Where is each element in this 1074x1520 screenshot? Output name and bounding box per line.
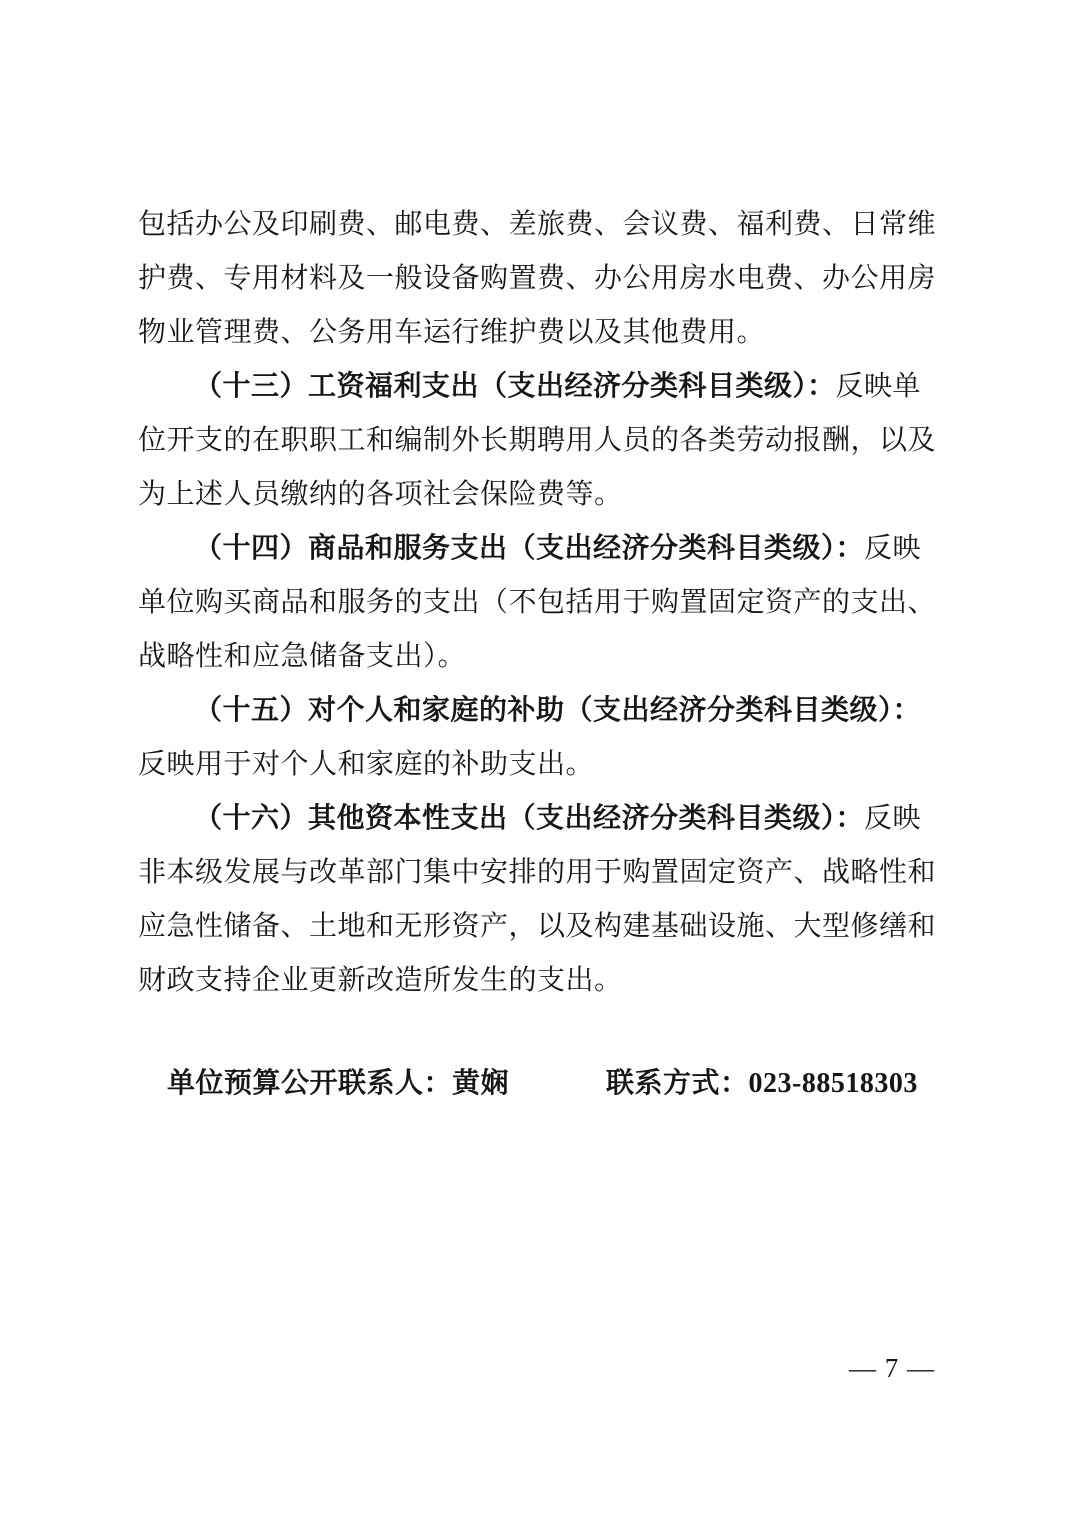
contact-person-label: 单位预算公开联系人：黄娴 [167,1057,509,1111]
text-line: （十四）商品和服务支出（支出经济分类科目类级）：反映 [138,522,938,576]
text-segment: 反映 [864,803,921,834]
document-body: 包括办公及印刷费、邮电费、差旅费、会议费、福利费、日常维护费、专用材料及一般设备… [138,198,938,1008]
bold-text-segment: （十五）对个人和家庭的补助（支出经济分类科目类级）： [194,695,921,726]
para-15-subsidies-individuals-families: （十五）对个人和家庭的补助（支出经济分类科目类级）：反映用于对个人和家庭的补助支… [138,684,938,792]
text-segment: 反映用于对个人和家庭的补助支出。 [138,749,594,780]
text-line: 单位购买商品和服务的支出（不包括用于购置固定资产的支出、 [138,576,938,630]
text-line: 战略性和应急储备支出）。 [138,630,938,684]
text-line: 反映用于对个人和家庭的补助支出。 [138,738,938,792]
text-segment: 为上述人员缴纳的各项社会保险费等。 [138,479,623,510]
page-number: — 7 — [849,1350,935,1386]
document-page: 包括办公及印刷费、邮电费、差旅费、会议费、福利费、日常维护费、专用材料及一般设备… [0,0,1074,1520]
text-segment: 护费、专用材料及一般设备购置费、办公用房水电费、办公用房 [138,263,936,294]
contact-phone-label: 联系方式：023-88518303 [606,1057,918,1111]
bold-text-segment: （十三）工资福利支出（支出经济分类科目类级）： [194,371,836,402]
text-segment: 战略性和应急储备支出）。 [138,641,466,672]
text-segment: 包括办公及印刷费、邮电费、差旅费、会议费、福利费、日常维 [138,209,936,240]
text-line: 非本级发展与改革部门集中安排的用于购置固定资产、战略性和 [138,846,938,900]
text-segment: 单位购买商品和服务的支出（不包括用于购置固定资产的支出、 [138,587,936,618]
text-segment: 反映单 [836,371,922,402]
bold-text-segment: （十四）商品和服务支出（支出经济分类科目类级）： [194,533,864,564]
text-line: （十六）其他资本性支出（支出经济分类科目类级）：反映 [138,792,938,846]
text-segment: 应急性储备、土地和无形资产，以及构建基础设施、大型修缮和 [138,911,936,942]
text-line: 护费、专用材料及一般设备购置费、办公用房水电费、办公用房 [138,252,938,306]
text-line: （十三）工资福利支出（支出经济分类科目类级）：反映单 [138,360,938,414]
bold-text-segment: （十六）其他资本性支出（支出经济分类科目类级）： [194,803,864,834]
para-14-goods-services-expenditure: （十四）商品和服务支出（支出经济分类科目类级）：反映单位购买商品和服务的支出（不… [138,522,938,684]
text-line: 应急性储备、土地和无形资产，以及构建基础设施、大型修缮和 [138,900,938,954]
text-line: 包括办公及印刷费、邮电费、差旅费、会议费、福利费、日常维 [138,198,938,252]
text-segment: 非本级发展与改革部门集中安排的用于购置固定资产、战略性和 [138,857,936,888]
text-line: 财政支持企业更新改造所发生的支出。 [138,954,938,1008]
text-segment: 位开支的在职职工和编制外长期聘用人员的各类劳动报酬，以及 [138,425,936,456]
text-line: 位开支的在职职工和编制外长期聘用人员的各类劳动报酬，以及 [138,414,938,468]
text-segment: 反映 [864,533,921,564]
text-segment: 物业管理费、公务用车运行维护费以及其他费用。 [138,317,765,348]
text-segment: 财政支持企业更新改造所发生的支出。 [138,965,623,996]
text-line: （十五）对个人和家庭的补助（支出经济分类科目类级）： [138,684,938,738]
text-line: 物业管理费、公务用车运行维护费以及其他费用。 [138,306,938,360]
para-16-other-capital-expenditure: （十六）其他资本性支出（支出经济分类科目类级）：反映非本级发展与改革部门集中安排… [138,792,938,1008]
contact-line: 单位预算公开联系人：黄娴 联系方式：023-88518303 [138,1057,967,1111]
text-line: 为上述人员缴纳的各项社会保险费等。 [138,468,938,522]
para-13-salary-welfare-expenditure: （十三）工资福利支出（支出经济分类科目类级）：反映单位开支的在职职工和编制外长期… [138,360,938,522]
para-daily-operation-expenses-continued: 包括办公及印刷费、邮电费、差旅费、会议费、福利费、日常维护费、专用材料及一般设备… [138,198,938,360]
